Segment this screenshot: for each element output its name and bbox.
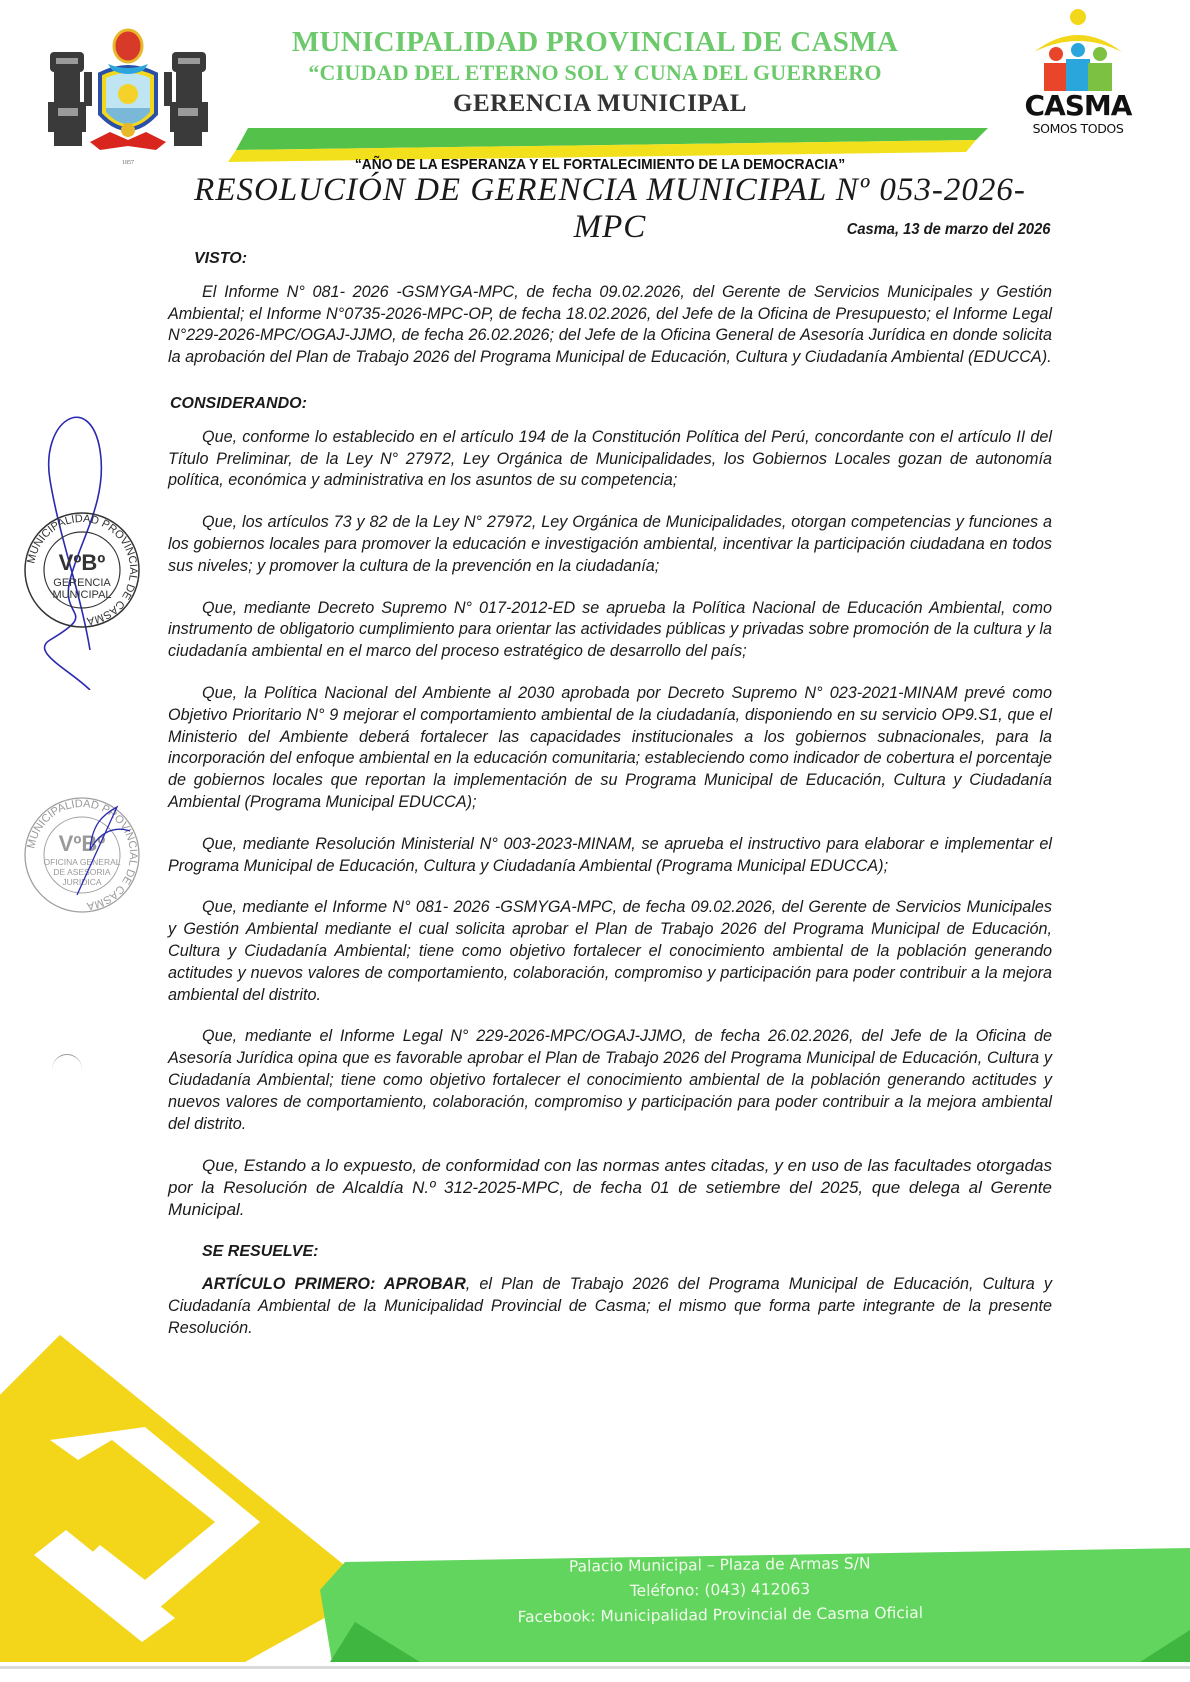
se-resuelve-heading: SE RESUELVE:: [202, 1241, 1052, 1263]
considerando-heading: CONSIDERANDO:: [170, 393, 1052, 415]
considerando-paragraph: Que, la Política Nacional del Ambiente a…: [168, 683, 1052, 814]
visto-heading: VISTO:: [194, 248, 1052, 270]
logo-slogan: SOMOS TODOS: [1022, 122, 1134, 136]
svg-text:JURIDICA: JURIDICA: [62, 877, 102, 887]
year-motto: “AÑO DE LA ESPERANZA Y EL FORTALECIMIENT…: [260, 156, 941, 173]
svg-text:VºBº: VºBº: [59, 831, 106, 856]
svg-text:VºBº: VºBº: [59, 550, 106, 575]
city-motto: “CIUDAD DEL ETERNO SOL Y CUNA DEL GUERRE…: [230, 60, 960, 86]
document-body: VISTO: El Informe N° 081- 2026 -GSMYGA-M…: [168, 248, 1052, 1360]
considerando-paragraph: Que, mediante el Informe Legal N° 229-20…: [168, 1026, 1052, 1135]
articulo-primero-label: ARTÍCULO PRIMERO: APROBAR: [202, 1275, 466, 1293]
svg-text:OFICINA GENERAL: OFICINA GENERAL: [44, 857, 121, 867]
footer-contact: Palacio Municipal – Plaza de Armas S/N T…: [440, 1550, 1001, 1631]
considerando-paragraph: Que, Estando a lo expuesto, de conformid…: [168, 1155, 1052, 1220]
considerando-paragraph: Que, mediante el Informe N° 081- 2026 -G…: [168, 897, 1052, 1006]
stamp-gerencia-municipal: MUNICIPALIDAD PROVINCIAL DE CASMA VºBº G…: [22, 510, 142, 635]
considerando-paragraph: Que, conforme lo establecido en el artíc…: [168, 427, 1052, 492]
svg-text:DE ASESORIA: DE ASESORIA: [53, 867, 110, 877]
svg-text:MUNICIPAL: MUNICIPAL: [52, 589, 111, 601]
visto-paragraph: El Informe N° 081- 2026 -GSMYGA-MPC, de …: [168, 282, 1052, 369]
municipal-crest: 1857: [44, 12, 212, 167]
considerando-paragraph: Que, los artículos 73 y 82 de la Ley N° …: [168, 512, 1052, 577]
logo-wordmark: CASMA: [1022, 92, 1134, 120]
casma-somos-todos-logo: CASMA SOMOS TODOS: [1022, 8, 1134, 138]
stamp-asesoria-juridica: MUNICIPALIDAD PROVINCIAL DE CASMA VºBº O…: [22, 795, 142, 920]
resolution-date: Casma, 13 de marzo del 2026: [846, 221, 1050, 239]
crest-icon: 1857: [44, 12, 212, 167]
svg-text:1857: 1857: [122, 160, 134, 166]
considerando-paragraph: Que, mediante Decreto Supremo N° 017-201…: [168, 598, 1052, 663]
stamp-seal-icon: MUNICIPALIDAD PROVINCIAL DE CASMA VºBº O…: [22, 795, 142, 915]
svg-text:GERENCIA: GERENCIA: [53, 577, 111, 589]
punch-hole-mark: [52, 1054, 82, 1085]
institution-name: MUNICIPALIDAD PROVINCIAL DE CASMA: [230, 26, 960, 59]
stamp-seal-icon: MUNICIPALIDAD PROVINCIAL DE CASMA VºBº G…: [22, 510, 142, 630]
office-name: GERENCIA MUNICIPAL: [240, 90, 960, 118]
considerando-paragraph: Que, mediante Resolución Ministerial N° …: [168, 834, 1052, 878]
people-logo-icon: [1022, 8, 1134, 92]
